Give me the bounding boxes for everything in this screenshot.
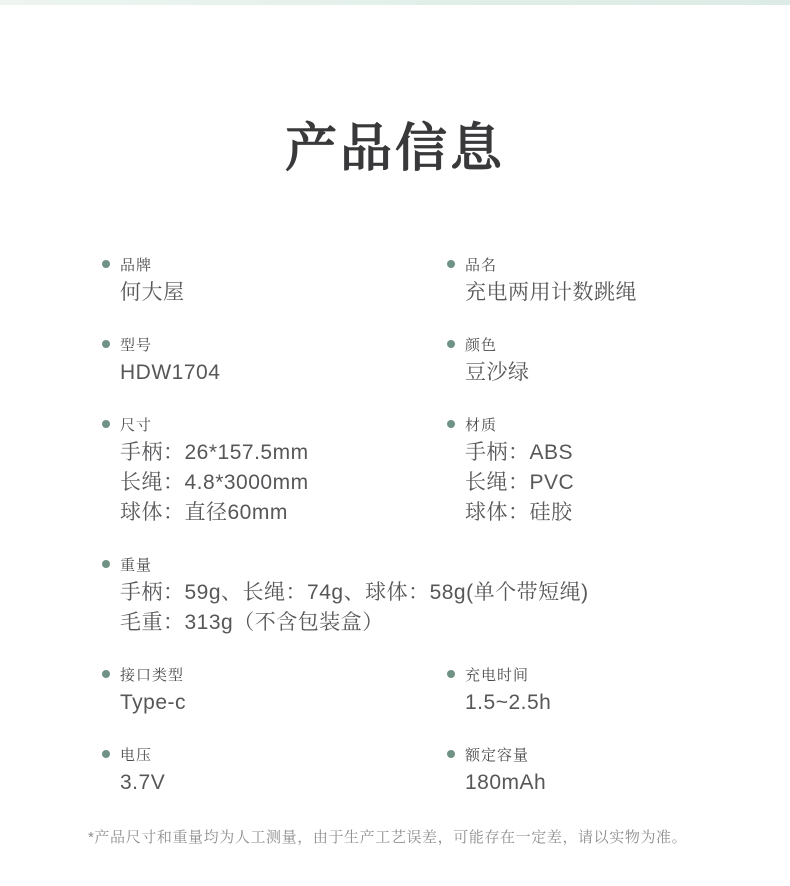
spec-value: 1.5~2.5h — [465, 688, 730, 718]
spec-value: 手柄：26*157.5mm — [120, 438, 447, 468]
spec-label: 品名 — [465, 254, 497, 275]
spec-values: 手柄：26*157.5mm 长绳：4.8*3000mm 球体：直径60mm — [102, 438, 447, 528]
bullet-icon — [447, 750, 455, 758]
spec-label: 颜色 — [465, 334, 497, 355]
spec-item-product-name: 品名 充电两用计数跳绳 — [447, 254, 730, 308]
measurement-disclaimer: *产品尺寸和重量均为人工测量，由于生产工艺误差，可能存在一定差，请以实物为准。 — [0, 826, 790, 847]
spec-values: 何大屋 — [102, 278, 447, 308]
bullet-icon — [102, 260, 110, 268]
spec-values: 180mAh — [447, 768, 730, 798]
spec-label-row: 品牌 — [102, 254, 447, 274]
spec-label: 接口类型 — [120, 664, 184, 685]
spec-label: 充电时间 — [465, 664, 529, 685]
spec-value: 长绳：4.8*3000mm — [120, 468, 447, 498]
spec-item-port-type: 接口类型 Type-c — [102, 664, 447, 718]
spec-value: 豆沙绿 — [465, 358, 730, 388]
spec-label: 材质 — [465, 414, 497, 435]
spec-label: 型号 — [120, 334, 152, 355]
spec-values: 手柄：ABS 长绳：PVC 球体：硅胶 — [447, 438, 730, 528]
spec-value: 长绳：PVC — [465, 468, 730, 498]
spec-value: 球体：硅胶 — [465, 498, 730, 528]
bullet-icon — [447, 260, 455, 268]
spec-values: Type-c — [102, 688, 447, 718]
spec-label-row: 重量 — [102, 554, 730, 574]
bullet-icon — [447, 670, 455, 678]
spec-label-row: 品名 — [447, 254, 730, 274]
spec-label: 品牌 — [120, 254, 152, 275]
spec-item-brand: 品牌 何大屋 — [102, 254, 447, 308]
spec-values: HDW1704 — [102, 358, 447, 388]
spec-grid: 品牌 何大屋 品名 充电两用计数跳绳 型号 HDW1704 — [0, 254, 790, 798]
spec-label-row: 材质 — [447, 414, 730, 434]
spec-label: 重量 — [120, 554, 152, 575]
spec-label-row: 电压 — [102, 744, 447, 764]
spec-value: 充电两用计数跳绳 — [465, 278, 730, 308]
spec-item-dimensions: 尺寸 手柄：26*157.5mm 长绳：4.8*3000mm 球体：直径60mm — [102, 414, 447, 528]
spec-value: 180mAh — [465, 768, 730, 798]
spec-item-material: 材质 手柄：ABS 长绳：PVC 球体：硅胶 — [447, 414, 730, 528]
spec-values: 手柄：59g、长绳：74g、球体：58g(单个带短绳) 毛重：313g（不含包装… — [102, 578, 730, 638]
spec-label-row: 型号 — [102, 334, 447, 354]
bullet-icon — [447, 340, 455, 348]
spec-label-row: 充电时间 — [447, 664, 730, 684]
bullet-icon — [102, 670, 110, 678]
spec-value: 何大屋 — [120, 278, 447, 308]
spec-label: 尺寸 — [120, 414, 152, 435]
spec-label-row: 颜色 — [447, 334, 730, 354]
spec-label-row: 尺寸 — [102, 414, 447, 434]
spec-value: Type-c — [120, 688, 447, 718]
spec-item-rated-capacity: 额定容量 180mAh — [447, 744, 730, 798]
spec-value: 手柄：59g、长绳：74g、球体：58g(单个带短绳) — [120, 578, 730, 608]
product-info-section: 产品信息 品牌 何大屋 品名 充电两用计数跳绳 型号 — [0, 5, 790, 847]
spec-item-charge-time: 充电时间 1.5~2.5h — [447, 664, 730, 718]
spec-label-row: 接口类型 — [102, 664, 447, 684]
spec-item-color: 颜色 豆沙绿 — [447, 334, 730, 388]
spec-values: 3.7V — [102, 768, 447, 798]
bullet-icon — [102, 340, 110, 348]
spec-item-voltage: 电压 3.7V — [102, 744, 447, 798]
spec-value: 毛重：313g（不含包装盒） — [120, 608, 730, 638]
spec-value: 手柄：ABS — [465, 438, 730, 468]
spec-values: 1.5~2.5h — [447, 688, 730, 718]
spec-value: 3.7V — [120, 768, 447, 798]
spec-value: HDW1704 — [120, 358, 447, 388]
spec-values: 充电两用计数跳绳 — [447, 278, 730, 308]
spec-item-weight: 重量 手柄：59g、长绳：74g、球体：58g(单个带短绳) 毛重：313g（不… — [102, 554, 730, 638]
spec-values: 豆沙绿 — [447, 358, 730, 388]
bullet-icon — [102, 560, 110, 568]
spec-label: 额定容量 — [465, 744, 529, 765]
page-title: 产品信息 — [0, 117, 790, 182]
spec-label: 电压 — [120, 744, 152, 765]
spec-item-model: 型号 HDW1704 — [102, 334, 447, 388]
bullet-icon — [102, 750, 110, 758]
bullet-icon — [102, 420, 110, 428]
spec-value: 球体：直径60mm — [120, 498, 447, 528]
spec-label-row: 额定容量 — [447, 744, 730, 764]
bullet-icon — [447, 420, 455, 428]
